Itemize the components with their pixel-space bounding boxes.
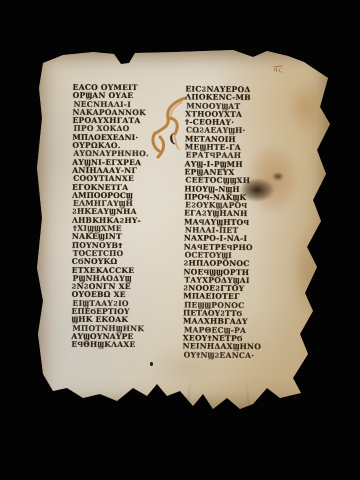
text-column-left: ΕΑCΟ ΟΥΜΕΙΤΟΡϢΑΝ ΟΥΑΕΝΕCΝΗΑΛΙ-ΙΝΑΚΑΡΟΑΝΝ… — [71, 84, 172, 350]
ink-dot — [150, 362, 153, 366]
manuscript-text-line: ϮΧΙϢϢΧΜΕ — [73, 225, 172, 234]
manuscript-text-line: ΤΟCΕΤCΠΟ — [73, 250, 172, 259]
parchment-leaf: ϥϛ ( ΕΑCΟ ΟΥΜΕΙΤΟΡϢΑΝ ΟΥΑΕΝΕCΝΗΑΛΙ-ΙΝΑΚΑ… — [36, 48, 332, 412]
manuscript-text-line: ΕΓΑϨΥϢΗΑΝΗ — [184, 210, 300, 220]
manuscript-text-line: ΕϤΘΗϢΚΛΑΧΕ — [71, 341, 171, 350]
manuscript-text-line: ΠΡΟ ΧΟΚΔΟ — [73, 125, 172, 134]
manuscript-text-line: ΜΠΟΤΝΗϢΗΝΚ — [72, 324, 171, 333]
manuscript-text-line: ΝΑΚΑΡΟΑΝΝΟΚ — [73, 109, 173, 118]
manuscript-text-line: ΑΥΩΝΑΥΡΗΝΗΟ. — [73, 150, 172, 159]
manuscript-text-line: ΟΥϮΝϢϨΕΑΝCΑ· — [184, 351, 299, 361]
photo-background: ϥϛ ( ΕΑCΟ ΟΥΜΕΙΤΟΡϢΑΝ ΟΥΑΕΝΕCΝΗΑΛΙ-ΙΝΑΚΑ… — [0, 0, 360, 480]
manuscript-text-line: ΕΠΕϬΕΡΤΙΟΥ — [71, 308, 171, 317]
manuscript-text-line: ΤΑΥΧΡΟΔΥϢΑΙ — [184, 276, 299, 286]
manuscript-text-line: ΡϢΝΗΑΟΔΥϢ — [73, 275, 172, 284]
manuscript-text-line: ϨΗΚΕΑΥϢΝΗΑ — [72, 208, 172, 217]
parchment-crease — [245, 374, 254, 440]
manuscript-text-line: CΕΕΤΟCϢϢΧΗ — [185, 177, 300, 187]
manuscript-text-line: ΠΕΤΑΟΥϨΤΤϬ — [183, 309, 299, 319]
manuscript-text-line: ΕΡΑΤϤΡΑΛΗ — [186, 152, 301, 162]
text-column-right: ΕΙCϨΝΑΥΕΡΟΔΛΠΟΚΕΝC-ΜΒΜΝΟΟΥϢΑΤΧΤΗΟΟΥΧΤΑϮ-… — [183, 85, 302, 360]
manuscript-text-line: CΩϨΑΕΑΥϢΗ· — [186, 127, 301, 137]
manuscript-text-line: CΟΟΥΤΙΑΝΧΕ — [73, 175, 172, 184]
manuscript-text-line: ΝΗΛΑΙ-ΠΕΤ — [185, 226, 300, 236]
manuscript-text-line: ΧΤΗΟΟΥΧΤΑ — [185, 110, 301, 120]
folio-number: ϥϛ — [274, 67, 284, 75]
manuscript-text-line: ΜΑΡΘΕCϢ-ΡΑ — [184, 326, 299, 336]
manuscript-text-line: ΟCΕΤΟΥϢΙ — [185, 251, 300, 261]
